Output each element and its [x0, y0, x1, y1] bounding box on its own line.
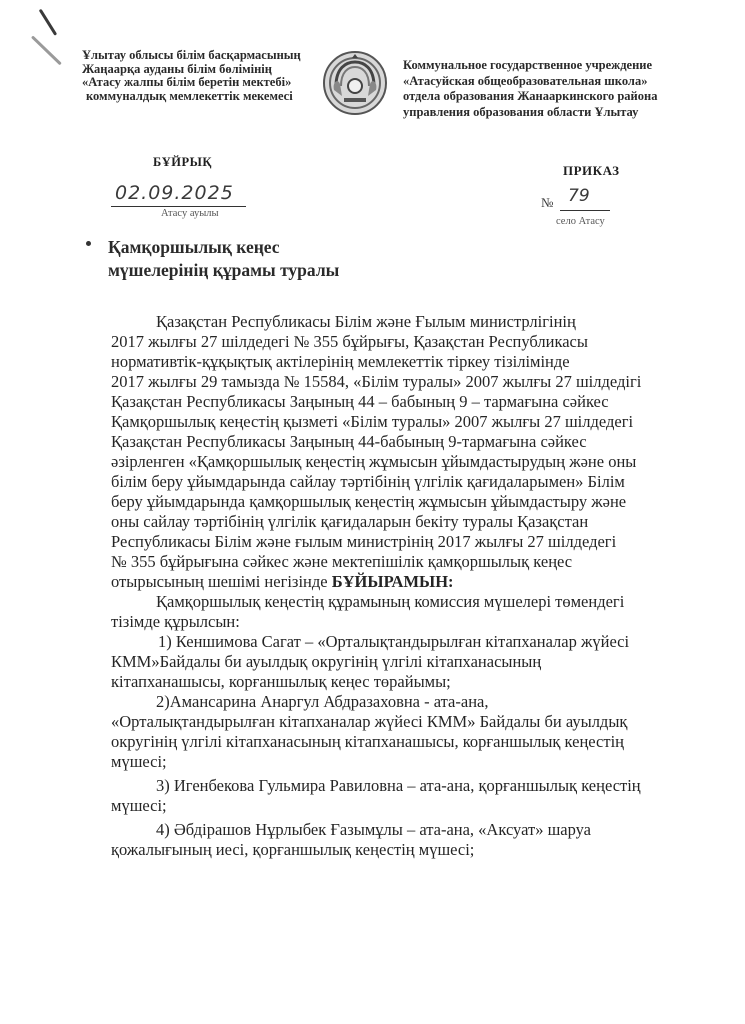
place-kazakh: Атасу ауылы	[161, 208, 219, 219]
order-title-kazakh: БҰЙРЫҚ	[153, 155, 212, 170]
header-kz-line: коммуналдық мемлекеттік мекемесі	[82, 90, 322, 104]
header-ru-line: Коммунальное государственное учреждение	[403, 58, 713, 74]
order-body: Қазақстан Республикасы Білім және Ғылым …	[111, 312, 681, 860]
header-ru-line: «Атасуйская общеобразовательная школа»	[403, 74, 713, 90]
member-line: кітапханашысы, корғаншылық кеңес төрайым…	[111, 672, 681, 692]
member-line: «Орталықтандырылған кітапханалар жүйесі …	[111, 712, 681, 732]
order-number-field: 79	[560, 186, 610, 211]
header-kz-line: «Атасу жалпы білім беретін мектебі»	[82, 76, 322, 90]
intro-line: Қамқоршылық кеңестің құрамының комиссия …	[111, 592, 681, 612]
member-item: 4) Әбдірашов Нұрлыбек Ғазымұлы – ата-ана…	[111, 820, 681, 860]
order-word: БҰЙЫРАМЫН:	[332, 572, 454, 591]
preamble-line: Қазақстан Республикасы Заңының 44 – бабы…	[111, 392, 681, 412]
preamble-line: Қазақстан Республикасы Заңының 44-бабыны…	[111, 432, 681, 452]
preamble-line: Қамқоршылық кеңестің қызметі «Білім тура…	[111, 412, 681, 432]
member-line: 1) Кеншимова Сагат – «Орталықтандырылған…	[111, 632, 681, 652]
preamble-line: Қазақстан Республикасы Білім және Ғылым …	[111, 312, 681, 332]
member-item: 3) Игенбекова Гульмира Равиловна – ата-а…	[111, 776, 681, 816]
member-line: мүшесі;	[111, 752, 681, 772]
member-item: 2)Амансарина Анаргул Абдразаховна - ата-…	[111, 692, 681, 772]
preamble-line: Республикасы Білім және ғылым министріні…	[111, 532, 681, 552]
scan-pen-mark	[39, 9, 57, 36]
scan-pen-mark	[31, 35, 62, 65]
header-kazakh-institution: Ұлытау облысы білім басқармасының Жаңаар…	[82, 49, 322, 103]
preamble-line: нормативтік-құқықтық актілерінің мемлеке…	[111, 352, 681, 372]
preamble-line: 2017 жылғы 29 тамызда № 15584, «Білім ту…	[111, 372, 681, 392]
preamble-line: отырысының шешімі негізінде	[111, 572, 332, 591]
member-line: 2)Амансарина Анаргул Абдразаховна - ата-…	[111, 692, 681, 712]
state-emblem-icon	[322, 50, 388, 116]
subject-line: мүшелерінің құрамы туралы	[108, 259, 339, 282]
preamble-line: 2017 жылғы 27 шілдедегі № 355 бұйрығы, Қ…	[111, 332, 681, 352]
header-russian-institution: Коммунальное государственное учреждение …	[403, 58, 713, 120]
member-line: қожалығының иесі, қорғаншылық кеңестің м…	[111, 840, 681, 860]
header-kz-line: Ұлытау облысы білім басқармасының	[82, 49, 322, 63]
order-number-label: №	[541, 195, 553, 211]
subject-line: Қамқоршылық кеңес	[108, 236, 339, 259]
preamble-line: әзірленген «Қамқоршылық кеңестің жұмысын…	[111, 452, 681, 472]
preamble-line: беру ұйымдарында қамқоршылық кеңестің жұ…	[111, 492, 681, 512]
member-line: КММ»Байдалы би ауылдық округінің үлгілі …	[111, 652, 681, 672]
header-ru-line: управления образования области Ұлытау	[403, 105, 713, 121]
member-line: мүшесі;	[111, 796, 681, 816]
bullet-icon	[86, 241, 91, 246]
order-number: 79	[568, 186, 590, 206]
header-kz-line: Жаңаарқа ауданы білім бөлімінің	[82, 63, 322, 77]
place-russian: село Атасу	[556, 216, 605, 227]
order-subject: Қамқоршылық кеңес мүшелерінің құрамы тур…	[108, 236, 339, 282]
order-title-russian: ПРИКАЗ	[563, 163, 620, 179]
order-date: 02.09.2025	[115, 182, 234, 204]
preamble-line: оны сайлау тәртібінің үлгілік қағидалары…	[111, 512, 681, 532]
member-line: округінің үлгілі кітапханасының кітапхан…	[111, 732, 681, 752]
header-ru-line: отдела образования Жанааркинского района	[403, 89, 713, 105]
order-date-field: 02.09.2025	[111, 180, 246, 207]
member-item: 1) Кеншимова Сагат – «Орталықтандырылған…	[111, 632, 681, 692]
preamble-line: білім беру ұйымдарында сайлау тәртібінің…	[111, 472, 681, 492]
preamble-final-line: отырысының шешімі негізінде БҰЙЫРАМЫН:	[111, 572, 681, 592]
intro-line: тізімде құрылсын:	[111, 612, 681, 632]
member-line: 3) Игенбекова Гульмира Равиловна – ата-а…	[111, 776, 681, 796]
member-line: 4) Әбдірашов Нұрлыбек Ғазымұлы – ата-ана…	[111, 820, 681, 840]
preamble-line: № 355 бұйрығына сәйкес және мектепішілік…	[111, 552, 681, 572]
